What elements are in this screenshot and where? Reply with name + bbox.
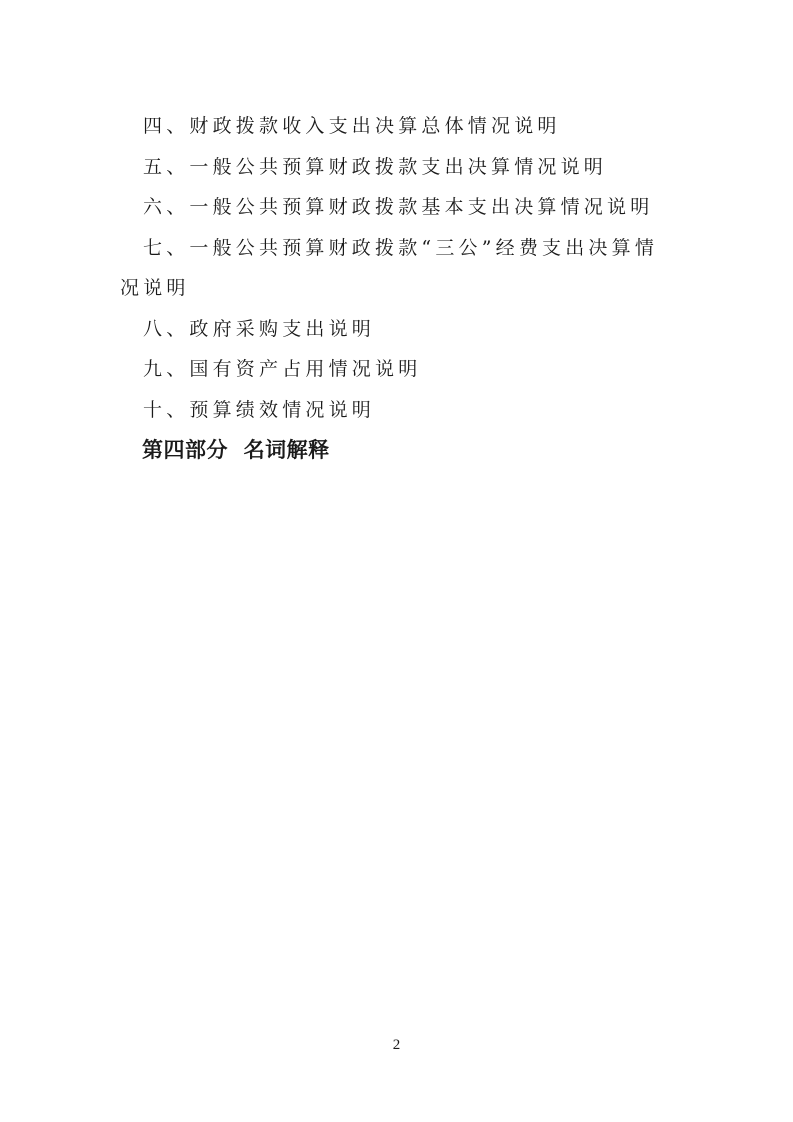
- page-number: 2: [0, 1037, 793, 1054]
- toc-item-10: 十、预算绩效情况说明: [120, 390, 676, 431]
- table-of-contents: 四、财政拨款收入支出决算总体情况说明 五、一般公共预算财政拨款支出决算情况说明 …: [120, 106, 676, 470]
- toc-item-4: 四、财政拨款收入支出决算总体情况说明: [120, 106, 676, 147]
- toc-item-7: 七、一般公共预算财政拨款“三公”经费支出决算情况说明: [120, 228, 676, 309]
- document-page: 四、财政拨款收入支出决算总体情况说明 五、一般公共预算财政拨款支出决算情况说明 …: [0, 0, 793, 1122]
- toc-item-9: 九、国有资产占用情况说明: [120, 349, 676, 390]
- toc-item-6: 六、一般公共预算财政拨款基本支出决算情况说明: [120, 187, 676, 228]
- section-heading: 第四部分 名词解释: [120, 430, 676, 470]
- toc-item-8: 八、政府采购支出说明: [120, 309, 676, 350]
- toc-item-5: 五、一般公共预算财政拨款支出决算情况说明: [120, 147, 676, 188]
